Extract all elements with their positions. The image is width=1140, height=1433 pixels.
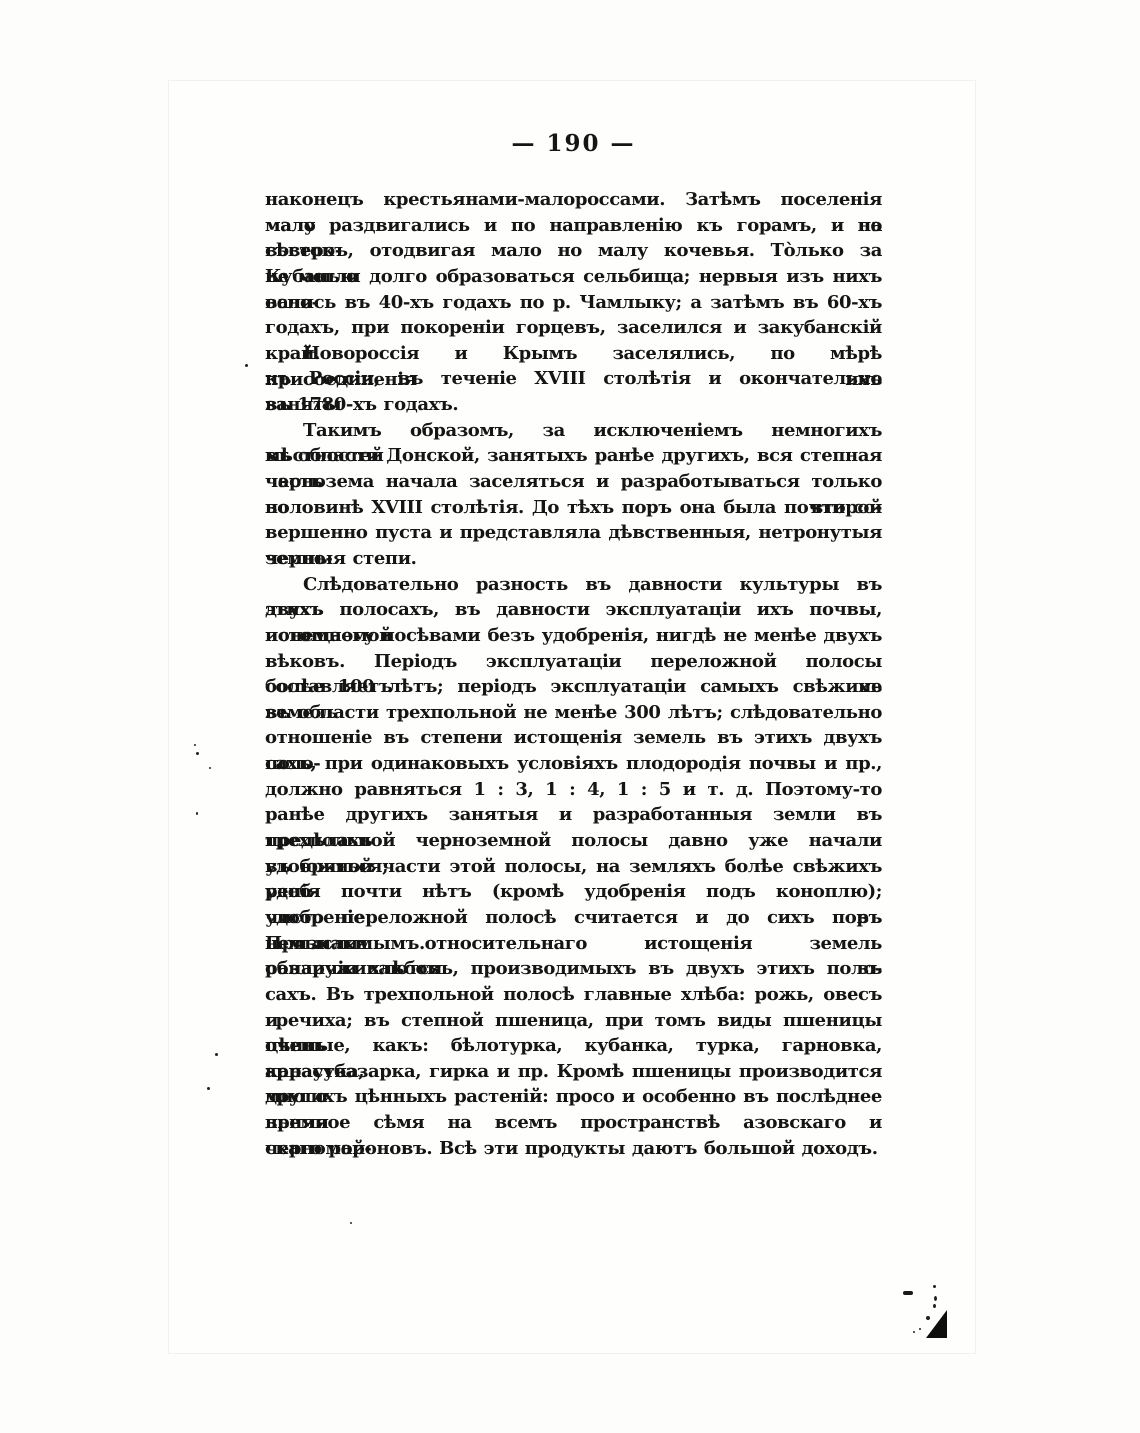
text-line: ранѣе другихъ занятыя и разработанныя зе… bbox=[265, 802, 882, 828]
ink-speck bbox=[245, 364, 248, 367]
ink-speck bbox=[209, 767, 211, 769]
ink-speck bbox=[926, 1316, 930, 1320]
text-line: должно равняться 1 : 3, 1 : 4, 1 : 5 и т… bbox=[265, 777, 882, 803]
text-line: карасубазарка, гирка и пр. Кромѣ пшеницы… bbox=[265, 1059, 882, 1085]
text-line: ренія почти нѣтъ (кромѣ удобренія подъ к… bbox=[265, 879, 882, 905]
text-line: двухъ полосахъ, въ давности эксплуатаціи… bbox=[265, 597, 882, 623]
ink-speck bbox=[934, 1296, 937, 1301]
text-line: малу раздвигались и по направленію къ го… bbox=[265, 213, 882, 239]
text-line: годахъ, при покореніи горцевъ, заселился… bbox=[265, 315, 882, 341]
text-line: отношеніе въ степени истощенія земель въ… bbox=[265, 725, 882, 751]
paragraph: наконецъ крестьянами-малороссами. Затѣмъ… bbox=[265, 187, 882, 341]
paragraph: Такимъ образомъ, за исключеніемъ немноги… bbox=[265, 418, 882, 572]
text-line: льняное сѣмя на всемъ пространствѣ азовс… bbox=[265, 1110, 882, 1136]
text-line: не могли долго образоваться сельбища; не… bbox=[265, 264, 882, 290]
ink-speck bbox=[913, 1331, 915, 1333]
text-line: сахъ, при одинаковыхъ условіяхъ плодород… bbox=[265, 751, 882, 777]
text-line: въ области Донской, занятыхъ ранѣе други… bbox=[265, 443, 882, 469]
text-line: вались въ 40-хъ годахъ по р. Чамлыку; а … bbox=[265, 290, 882, 316]
text-line: половинѣ XVIII столѣтія. До тѣхъ поръ он… bbox=[265, 495, 882, 521]
ink-speck bbox=[194, 744, 196, 746]
text-line: Слѣдовательно разность въ давности культ… bbox=[265, 572, 882, 598]
text-line: скаго районовъ. Всѣ эти продукты даютъ б… bbox=[265, 1136, 882, 1162]
scanned-book-page: — 190 — наконецъ крестьянами-малороссами… bbox=[0, 0, 1140, 1433]
text-line: Признаки относительнаго истощенія земель… bbox=[265, 931, 882, 957]
text-line: сахъ. Въ трехпольной полосѣ главные хлѣб… bbox=[265, 982, 882, 1008]
ink-speck bbox=[933, 1285, 936, 1288]
ink-speck bbox=[196, 752, 199, 755]
ink-dash bbox=[903, 1291, 913, 1295]
text-line: къ Россіи, въ теченіе XVIII столѣтія и о… bbox=[265, 366, 882, 392]
paragraph: Новороссія и Крымъ заселялись, по мѣрѣ п… bbox=[265, 341, 882, 418]
text-line: гречиха; въ степной пшеница, при томъ ви… bbox=[265, 1008, 882, 1034]
text-block: наконецъ крестьянами-малороссами. Затѣмъ… bbox=[265, 187, 882, 1161]
text-line: чисто переложной полосѣ считается и до с… bbox=[265, 905, 882, 931]
text-line: различіи хлѣбовъ, производимыхъ въ двухъ… bbox=[265, 956, 882, 982]
text-line: земныя степи. bbox=[265, 546, 882, 572]
ink-speck bbox=[207, 1087, 210, 1090]
text-line: наконецъ крестьянами-малороссами. Затѣмъ… bbox=[265, 187, 882, 213]
text-line: Новороссія и Крымъ заселялись, по мѣрѣ п… bbox=[265, 341, 882, 367]
text-line: востокъ, отодвигая мало но малу кочевья.… bbox=[265, 238, 882, 264]
ink-speck bbox=[919, 1328, 921, 1330]
text-line: чернозема начала заселяться и разработыв… bbox=[265, 469, 882, 495]
text-line: болѣе 100 лѣтъ; періодъ эксплуатаціи сам… bbox=[265, 674, 882, 700]
text-line: понемногу посѣвами безъ удобренія, нигдѣ… bbox=[265, 623, 882, 649]
page-number: — 190 — bbox=[265, 130, 882, 157]
text-line: трехпольной черноземной полосы давно уже… bbox=[265, 828, 882, 854]
ink-speck bbox=[215, 1053, 218, 1056]
text-line: въ области трехпольной не менѣе 300 лѣтъ… bbox=[265, 700, 882, 726]
ink-speck bbox=[196, 812, 198, 815]
paragraph: Слѣдовательно разность въ давности культ… bbox=[265, 572, 882, 1162]
text-line: цѣнные, какъ: бѣлотурка, кубанка, турка,… bbox=[265, 1033, 882, 1059]
text-line: Такимъ образомъ, за исключеніемъ немноги… bbox=[265, 418, 882, 444]
text-line: вѣковъ. Періодъ эксплуатаціи переложной … bbox=[265, 649, 882, 675]
text-line: другихъ цѣнныхъ растеній: просо и особен… bbox=[265, 1084, 882, 1110]
ink-speck bbox=[933, 1304, 936, 1308]
text-line: въ 1780-хъ годахъ. bbox=[265, 392, 882, 418]
text-line: вершенно пуста и представляла дѣвственны… bbox=[265, 520, 882, 546]
ink-speck bbox=[350, 1222, 352, 1224]
text-line: въ южной части этой полосы, на земляхъ б… bbox=[265, 854, 882, 880]
